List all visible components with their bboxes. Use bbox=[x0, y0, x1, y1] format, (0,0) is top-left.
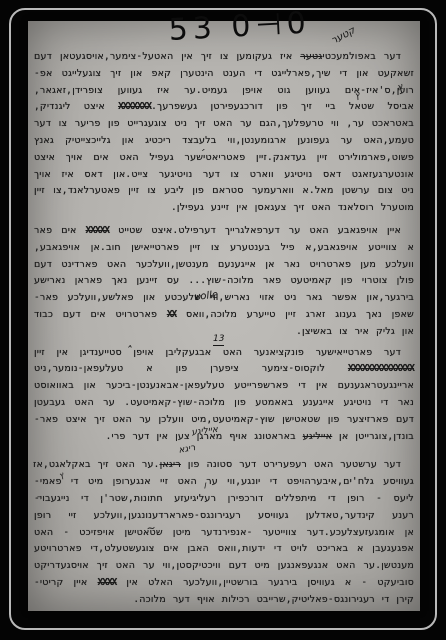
overtyped-correction: XXXX bbox=[98, 577, 117, 588]
text-line: דער ערשטער האט רעפערירט דער סטונה פון רי… bbox=[34, 457, 414, 474]
document-body: דער באפולמעכטיגטער איז געקומען צו זיך אי… bbox=[34, 49, 414, 609]
handwritten-note: ן bbox=[204, 481, 206, 489]
text-line: זשאקעט און די שיך,פארלייגט די הענט הינטע… bbox=[34, 66, 414, 83]
text-line: וועלכע מען פארטרויט נאר אן אייגענעם מענט… bbox=[34, 257, 414, 274]
overtyped-correction: XX bbox=[167, 309, 176, 320]
hand-struck-word: אייליגע bbox=[303, 431, 332, 442]
text-line: פשוט,פארמולירט זיין געדאנק.זיין פאטריאטי… bbox=[34, 150, 414, 167]
text-line: דער באפולמעכטיגטער איז געקומען צו זיך אי… bbox=[34, 49, 414, 66]
handwritten-note: ׳ bbox=[201, 146, 206, 157]
text-line: געוויסע גלח'ים,איבערהויפט די יונגע,ווי ע… bbox=[34, 474, 414, 491]
text-line: פולן צוטרוי פון קאמיטעט פאר מלוכה-שוץ...… bbox=[34, 273, 414, 290]
text-line: בונדן,צוגרייטן אן אייליגע באראטונג אויף … bbox=[34, 429, 414, 446]
handwritten-note: – bbox=[37, 493, 42, 502]
text-line: אן אומגעזעצלעכע.דער צווייטער -אנפירנדער … bbox=[34, 525, 414, 542]
hand-struck-word: גטער bbox=[300, 51, 322, 62]
text-line: ניט צום ערשטן מאל.א ווארעמער סטראם פון ל… bbox=[34, 183, 414, 200]
text-line: אונטערגעזאגט דאס נויטיגע ווארט צו דער נו… bbox=[34, 167, 414, 184]
text-line: דעם פארזיצער פון שטאטישן שוץ-קאמיטעט,מיט… bbox=[34, 412, 414, 429]
text-line: טעמע,האט ער געפונען ארגומענטן,ווי בלעבצד… bbox=[34, 133, 414, 150]
text-line: איין אויפגאבע האט ער דערפאלגרייך דערפילט… bbox=[34, 223, 414, 240]
overtyped-correction: XXXXX bbox=[86, 225, 110, 236]
handwritten-note: 0⊢0 53 bbox=[168, 9, 311, 46]
text-line: קירן די רעגירונגס-פאליטיק,שרייבט רכילות … bbox=[34, 592, 414, 609]
text-line: אריינגעטראגענעם אין די פארשפרייטע טעלעפא… bbox=[34, 378, 414, 395]
photo-frame: דער באפולמעכטיגטער איז געקומען צו זיך אי… bbox=[0, 0, 446, 640]
text-line: אביסל שטאל ביי זיך פון דורכגעפירטן געשפר… bbox=[34, 99, 414, 116]
text-line: סוביעקט - א געוויסן בירגער בורשטיין,וועל… bbox=[34, 575, 414, 592]
document-page: דער באפולמעכטיגטער איז געקומען צו זיך אי… bbox=[28, 21, 420, 611]
text-line: רענע קינדער,טאדלען געוויסע רעגירונגס-פאר… bbox=[34, 508, 414, 525]
hand-struck-word: ריגאן bbox=[160, 459, 181, 470]
text-line: בירגער,און אפשר גאר ניט אזוי נאריש,ווי ש… bbox=[34, 290, 414, 307]
text-line: דער פארטייאישער פונקציאנער האט אבגעקליבן… bbox=[34, 345, 414, 362]
text-line: נאר די נויטיגע אייגענע באאמטע פון מלוכה-… bbox=[34, 395, 414, 412]
text-line: א צווייטע אויפגאבע,א פיל בענטערע צו זיין… bbox=[34, 240, 414, 257]
handwritten-note: 13 bbox=[213, 335, 224, 346]
text-line: אפגעגעבן א באריכט לויט די ידעות,וואס האב… bbox=[34, 541, 414, 558]
overtyped-correction: XXXXXXXXXXXXXX bbox=[348, 363, 414, 374]
handwritten-note: ~ bbox=[146, 522, 156, 534]
handwritten-note: ˆ bbox=[126, 345, 132, 357]
paragraph: איין אויפגאבע האט ער דערפאלגרייך דערפילט… bbox=[34, 223, 414, 341]
text-line: שאפן נאך גענוג זארג זיין טייערע מלוכה,וו… bbox=[34, 307, 414, 324]
paragraph: דער ערשטער האט רעפערירט דער סטונה פון רי… bbox=[34, 457, 414, 608]
overtyped-correction: XXXXXXX bbox=[118, 101, 151, 112]
text-line: מוטערל רוסלאנד האט זיך צעגאסן אין זיינע … bbox=[34, 200, 414, 217]
text-line: באטראכט ער, ווי טרעפלעך,הגם ער האט זיך נ… bbox=[34, 116, 414, 133]
text-line: מענטשן.ער האט אנגעפאנגען מיט דעם וויכטיק… bbox=[34, 558, 414, 575]
paragraph: דער פארטייאישער פונקציאנער האט אבגעקליבן… bbox=[34, 345, 414, 446]
paragraph: דער באפולמעכטיגטער איז געקומען צו זיך אי… bbox=[34, 49, 414, 217]
text-line: XXXXXXXXXXXXXX לוקסוס-צימער ציפערן פון א… bbox=[34, 361, 414, 378]
text-line: ליעס - רופן די מיתפללים דורכפירן רעליגיע… bbox=[34, 491, 414, 508]
